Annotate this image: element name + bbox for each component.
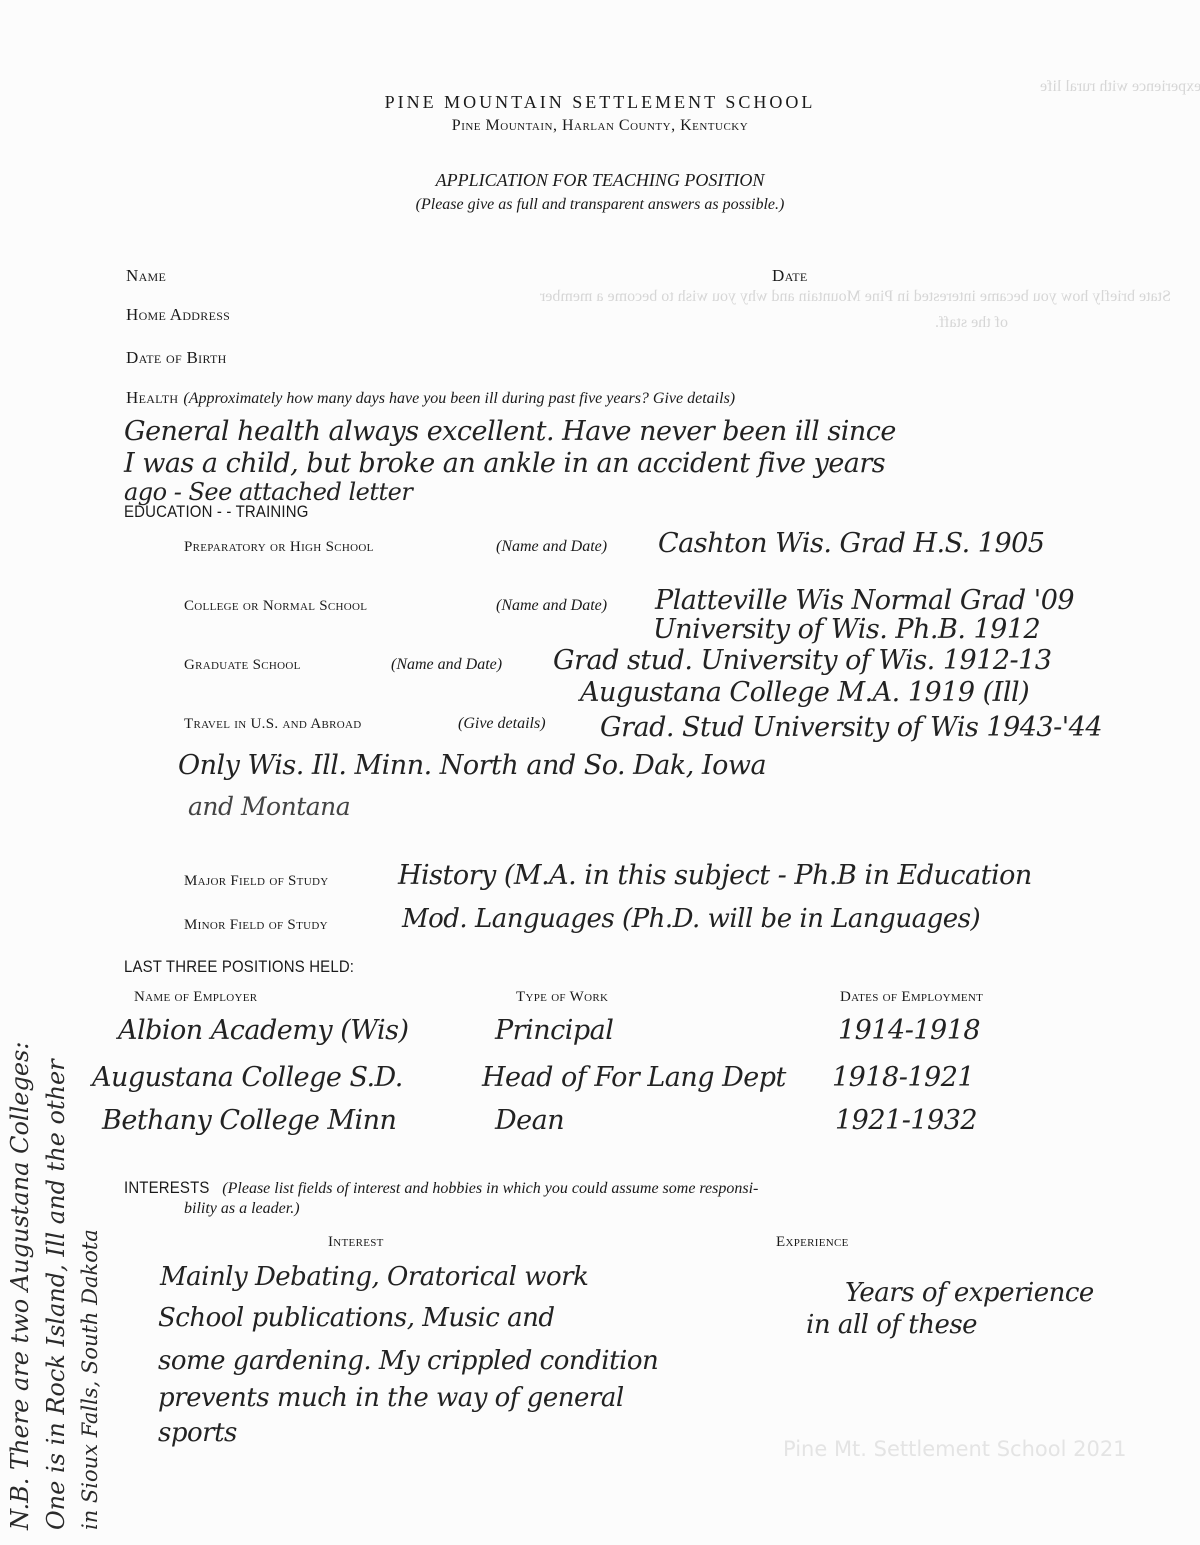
health-field: Health (Approximately how many days have…: [126, 388, 735, 408]
dates-cell: 1921-1932: [835, 1105, 977, 1136]
experience-answer: Years of experience: [845, 1278, 1094, 1308]
high-school-answer: Cashton Wis. Grad H.S. 1905: [658, 528, 1045, 559]
interest-column-header: Interest: [328, 1234, 384, 1251]
positions-section-title: LAST THREE POSITIONS HELD:: [124, 957, 354, 977]
interest-answer: School publications, Music and: [158, 1303, 555, 1333]
margin-note: One is in Rock Island, Ill and the other: [42, 1059, 70, 1530]
experience-column-header: Experience: [776, 1234, 849, 1251]
home-address-label: Home Address: [126, 305, 230, 325]
name-label: Name: [126, 266, 166, 286]
graduate-school-answer: Grad. Stud University of Wis 1943-'44: [600, 712, 1102, 743]
dates-cell: 1914-1918: [838, 1015, 980, 1046]
watermark: Pine Mt. Settlement School 2021: [783, 1437, 1127, 1461]
column-header-dates: Dates of Employment: [840, 989, 983, 1006]
college-answer: University of Wis. Ph.B. 1912: [653, 614, 1040, 645]
interest-answer: sports: [158, 1418, 237, 1448]
interest-answer: Mainly Debating, Oratorical work: [160, 1262, 588, 1292]
major-field-label: Major Field of Study: [184, 873, 328, 890]
column-header-employer: Name of Employer: [134, 989, 257, 1006]
minor-field-label: Minor Field of Study: [184, 917, 328, 934]
college-answer: Platteville Wis Normal Grad '09: [655, 585, 1074, 616]
health-answer: I was a child, but broke an ankle in an …: [124, 448, 885, 479]
margin-note: in Sioux Falls, South Dakota: [78, 1229, 102, 1530]
employer-cell: Bethany College Minn: [102, 1105, 396, 1136]
health-prompt: (Approximately how many days have you be…: [183, 390, 735, 407]
name-date-hint: (Name and Date): [391, 656, 502, 674]
give-details-hint: (Give details): [458, 715, 546, 733]
margin-note: N.B. There are two Augustana Colleges:: [6, 1042, 34, 1530]
interests-section-title: INTERESTS: [124, 1178, 210, 1198]
interests-prompt: INTERESTS (Please list fields of interes…: [124, 1178, 758, 1198]
minor-field-answer: Mod. Languages (Ph.D. will be in Languag…: [402, 904, 980, 934]
employer-cell: Albion Academy (Wis): [118, 1015, 409, 1046]
column-header-work: Type of Work: [516, 989, 608, 1006]
form-title: APPLICATION FOR TEACHING POSITION: [0, 170, 1200, 191]
employer-cell: Augustana College S.D.: [92, 1062, 403, 1093]
bleed-through-text: State briefly how you became interested …: [540, 288, 1171, 306]
graduate-school-answer: Augustana College M.A. 1919 (Ill): [580, 677, 1029, 708]
date-of-birth-label: Date of Birth: [126, 348, 227, 368]
interest-answer: prevents much in the way of general: [158, 1383, 624, 1413]
graduate-school-answer: Grad stud. University of Wis. 1912-13: [553, 645, 1052, 676]
travel-answer: and Montana: [188, 792, 350, 821]
work-cell: Principal: [495, 1015, 613, 1046]
institution-title: PINE MOUNTAIN SETTLEMENT SCHOOL: [0, 92, 1200, 113]
health-answer: General health always excellent. Have ne…: [124, 416, 896, 447]
bleed-through-text: of the staff.: [935, 314, 1008, 332]
education-section-title: EDUCATION - - TRAINING: [124, 502, 309, 522]
name-date-hint: (Name and Date): [496, 538, 607, 556]
interests-prompt-line2: bility as a leader.): [184, 1200, 300, 1218]
health-label: Health: [126, 388, 178, 407]
travel-answer: Only Wis. Ill. Minn. North and So. Dak, …: [178, 750, 766, 781]
dates-cell: 1918-1921: [832, 1062, 974, 1093]
work-cell: Head of For Lang Dept: [482, 1062, 786, 1093]
interests-prompt-line1: (Please list fields of interest and hobb…: [222, 1180, 758, 1197]
high-school-label: Preparatory or High School: [184, 539, 374, 556]
work-cell: Dean: [495, 1105, 564, 1136]
major-field-answer: History (M.A. in this subject - Ph.B in …: [398, 860, 1032, 891]
travel-label: Travel in U.S. and Abroad: [184, 716, 362, 733]
experience-answer: in all of these: [806, 1310, 977, 1340]
college-label: College or Normal School: [184, 598, 367, 615]
institution-location: Pine Mountain, Harlan County, Kentucky: [0, 117, 1200, 135]
date-label: Date: [772, 266, 807, 286]
name-date-hint: (Name and Date): [496, 597, 607, 615]
interest-answer: some gardening. My crippled condition: [158, 1346, 658, 1376]
form-instructions: (Please give as full and transparent ans…: [0, 196, 1200, 214]
graduate-school-label: Graduate School: [184, 657, 301, 674]
